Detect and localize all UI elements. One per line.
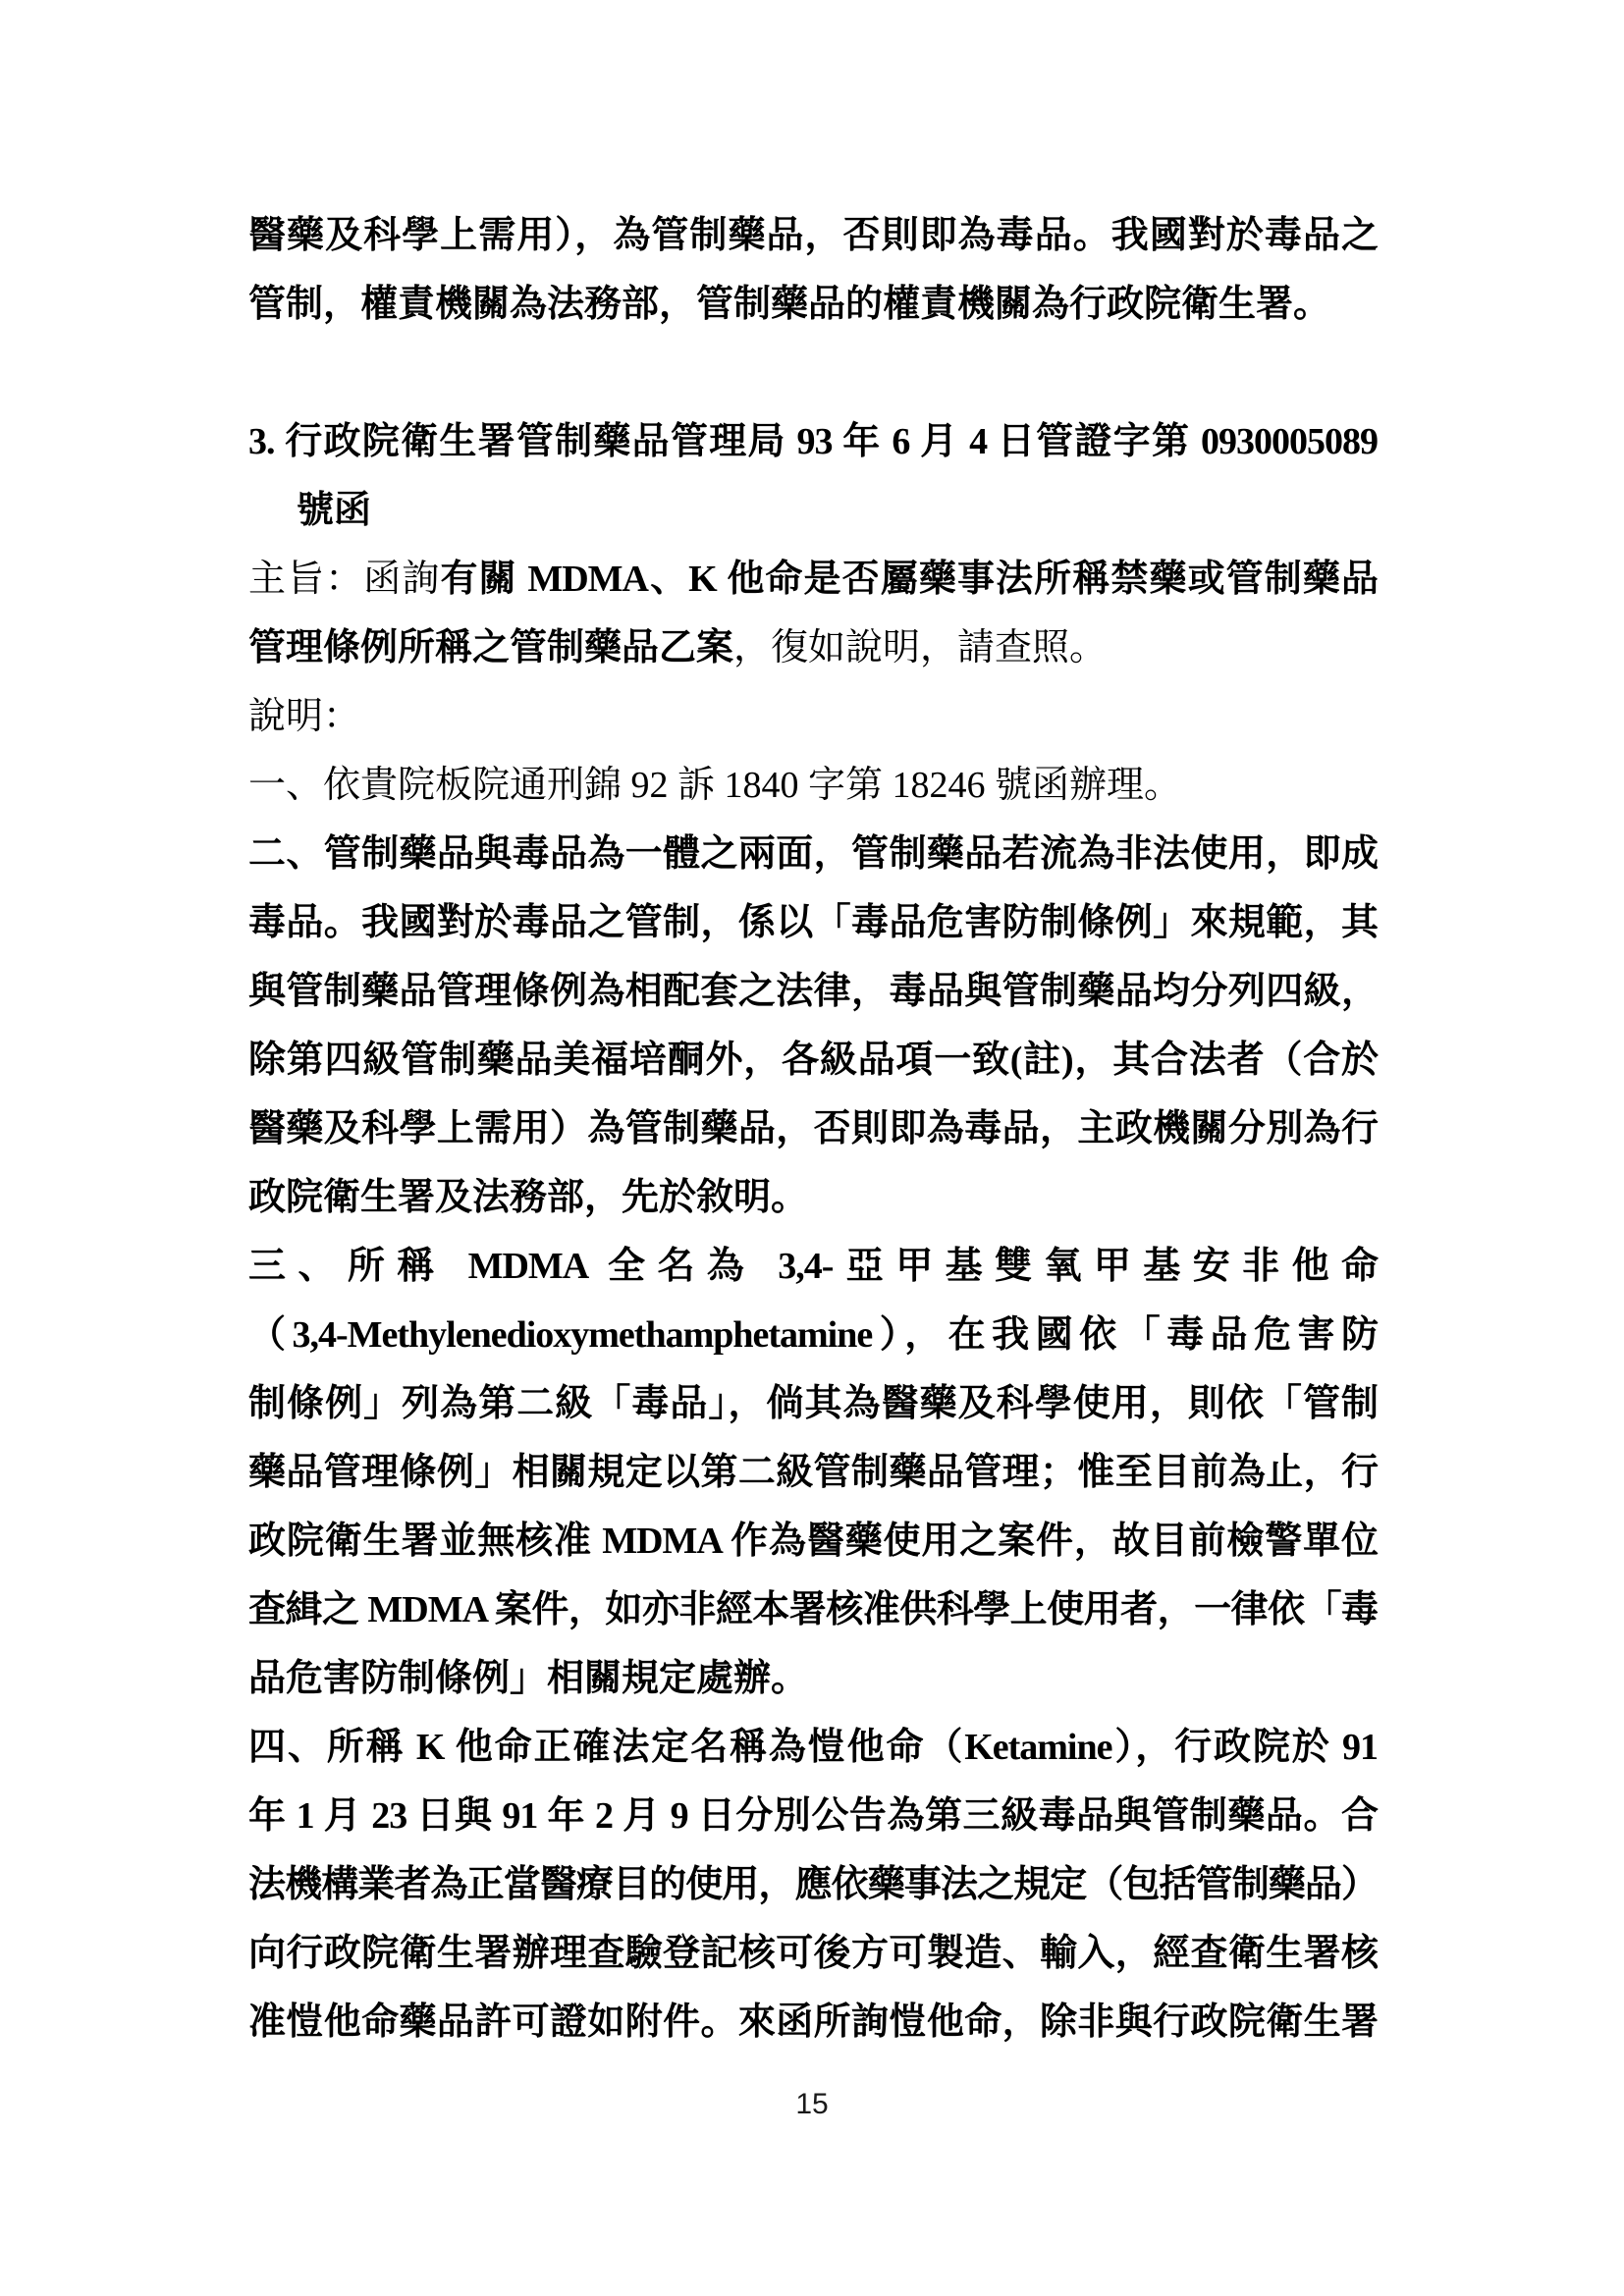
text-segment: 品危害防制條例」相關規定處辦。 — [248, 1658, 808, 1699]
text-line: 制條例」列為第二級「毒品」，倘其為醫藥及科學使用，則依「管制 — [248, 1369, 1378, 1438]
text-line: 三、所稱 MDMA 全名為 3,4-亞甲基雙氧甲基安非他命 — [248, 1232, 1378, 1301]
text-line: 號函 — [248, 476, 1378, 545]
text-line: 主旨：函詢有關 MDMA、K 他命是否屬藥事法所稱禁藥或管制藥品 — [248, 545, 1378, 614]
text-segment: 有關 MDMA、K 他命是否屬藥事法所稱禁藥或管制藥品 — [441, 559, 1378, 600]
text-line: 毒品。我國對於毒品之管制，係以「毒品危害防制條例」來規範，其 — [248, 888, 1378, 957]
text-segment: 除第四級管制藥品美福培酮外，各級品項一致(註)，其合法者（合於 — [248, 1040, 1378, 1081]
text-line: 醫藥及科學上需用），為管制藥品，否則即為毒品。我國對於毒品之 — [248, 201, 1378, 270]
text-segment: （3,4-Methylenedioxymethamphetamine），在我國依… — [248, 1314, 1378, 1356]
text-segment: 號函 — [297, 490, 371, 531]
text-segment: 准愷他命藥品許可證如附件。來函所詢愷他命，除非與行政院衛生署 — [248, 2002, 1378, 2043]
text-segment: 二、管制藥品與毒品為一體之兩面，管制藥品若流為非法使用，即成 — [248, 833, 1378, 875]
text-segment: 法機構業者為正當醫療目的使用，應依藥事法之規定（包括管制藥品） — [248, 1864, 1378, 1905]
text-line: 與管制藥品管理條例為相配套之法律，毒品與管制藥品均分列四級， — [248, 957, 1378, 1026]
blank-line — [248, 339, 1378, 407]
text-line: 政院衛生署及法務部，先於敘明。 — [248, 1163, 1378, 1232]
text-line: （3,4-Methylenedioxymethamphetamine），在我國依… — [248, 1301, 1378, 1369]
text-line: 除第四級管制藥品美福培酮外，各級品項一致(註)，其合法者（合於 — [248, 1026, 1378, 1095]
text-segment: 毒品。我國對於毒品之管制，係以「毒品危害防制條例」來規範，其 — [248, 902, 1378, 943]
text-line: 四、所稱 K 他命正確法定名稱為愷他命（Ketamine），行政院於 91 — [248, 1713, 1378, 1782]
text-line: 管理條例所稱之管制藥品乙案，復如說明，請查照。 — [248, 614, 1378, 682]
text-segment: ，復如說明，請查照。 — [733, 627, 1107, 668]
text-segment: 管制，權責機關為法務部，管制藥品的權責機關為行政院衛生署。 — [248, 284, 1330, 325]
text-segment: 制條例」列為第二級「毒品」，倘其為醫藥及科學使用，則依「管制 — [248, 1383, 1378, 1424]
text-line: 年 1 月 23 日與 91 年 2 月 9 日分別公告為第三級毒品與管制藥品。… — [248, 1782, 1378, 1850]
text-line: 政院衛生署並無核准 MDMA 作為醫藥使用之案件，故目前檢警單位 — [248, 1507, 1378, 1575]
text-segment: 主旨：函詢 — [248, 559, 441, 600]
page-footer: 15 — [0, 2088, 1624, 2121]
text-segment: 查緝之 MDMA 案件，如亦非經本署核准供科學上使用者，一律依「毒 — [248, 1589, 1378, 1630]
text-line: 3. 行政院衛生署管制藥品管理局 93 年 6 月 4 日管證字第 093000… — [248, 407, 1378, 476]
text-segment: 說明： — [248, 696, 360, 737]
page-number: 15 — [795, 2088, 828, 2120]
text-line: 一、依貴院板院通刑錦 92 訴 1840 字第 18246 號函辦理。 — [248, 751, 1378, 820]
text-segment: 3. 行政院衛生署管制藥品管理局 93 年 6 月 4 日管證字第 093000… — [248, 421, 1378, 462]
page: 醫藥及科學上需用），為管制藥品，否則即為毒品。我國對於毒品之管制，權責機關為法務… — [0, 0, 1624, 2296]
text-line: 說明： — [248, 682, 1378, 751]
text-line: 藥品管理條例」相關規定以第二級管制藥品管理；惟至目前為止，行 — [248, 1438, 1378, 1507]
text-line: 向行政院衛生署辦理查驗登記核可後方可製造、輸入，經查衛生署核 — [248, 1919, 1378, 1988]
text-segment: 四、所稱 K 他命正確法定名稱為愷他命（Ketamine），行政院於 91 — [248, 1727, 1378, 1768]
text-line: 二、管制藥品與毒品為一體之兩面，管制藥品若流為非法使用，即成 — [248, 820, 1378, 888]
text-segment: 醫藥及科學上需用），為管制藥品，否則即為毒品。我國對於毒品之 — [248, 215, 1378, 256]
text-segment: 醫藥及科學上需用）為管制藥品，否則即為毒品，主政機關分別為行 — [248, 1108, 1378, 1149]
text-segment: 一、依貴院板院通刑錦 92 訴 1840 字第 18246 號函辦理。 — [248, 765, 1181, 806]
text-segment: 與管制藥品管理條例為相配套之法律，毒品與管制藥品均分列四級， — [248, 971, 1378, 1012]
text-segment: 向行政院衛生署辦理查驗登記核可後方可製造、輸入，經查衛生署核 — [248, 1933, 1378, 1974]
text-line: 醫藥及科學上需用）為管制藥品，否則即為毒品，主政機關分別為行 — [248, 1095, 1378, 1163]
text-segment: 政院衛生署並無核准 MDMA 作為醫藥使用之案件，故目前檢警單位 — [248, 1521, 1378, 1562]
document-body: 醫藥及科學上需用），為管制藥品，否則即為毒品。我國對於毒品之管制，權責機關為法務… — [248, 201, 1378, 2056]
text-segment: 藥品管理條例」相關規定以第二級管制藥品管理；惟至目前為止，行 — [248, 1452, 1378, 1493]
text-line: 查緝之 MDMA 案件，如亦非經本署核准供科學上使用者，一律依「毒 — [248, 1575, 1378, 1644]
text-segment: 管理條例所稱之管制藥品乙案 — [248, 627, 733, 668]
text-line: 品危害防制條例」相關規定處辦。 — [248, 1644, 1378, 1713]
text-line: 管制，權責機關為法務部，管制藥品的權責機關為行政院衛生署。 — [248, 270, 1378, 339]
text-segment: 三、所稱 MDMA 全名為 3,4-亞甲基雙氧甲基安非他命 — [248, 1246, 1378, 1287]
text-segment: 年 1 月 23 日與 91 年 2 月 9 日分別公告為第三級毒品與管制藥品。… — [248, 1795, 1378, 1837]
text-segment: 政院衛生署及法務部，先於敘明。 — [248, 1177, 808, 1218]
text-line: 准愷他命藥品許可證如附件。來函所詢愷他命，除非與行政院衛生署 — [248, 1988, 1378, 2056]
text-line: 法機構業者為正當醫療目的使用，應依藥事法之規定（包括管制藥品） — [248, 1850, 1378, 1919]
